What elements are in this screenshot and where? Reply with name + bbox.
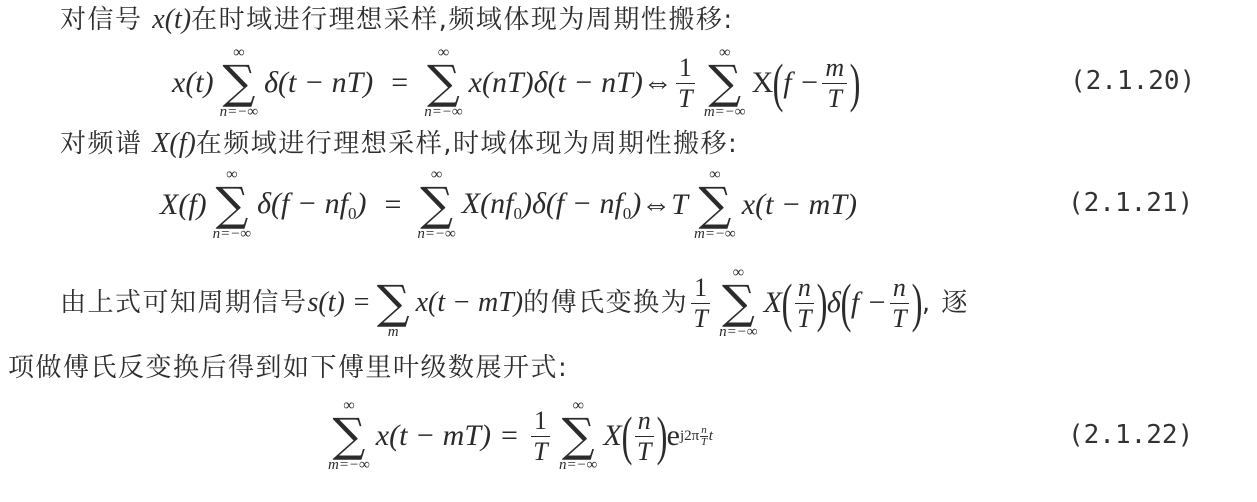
right-paren: ) (816, 276, 827, 330)
exponent: j2π n T t (680, 425, 713, 448)
summation: ∞ ∑ n=−∞ (213, 167, 251, 243)
sum-lower-limit: m (388, 323, 399, 341)
summation: ∞ ∑ n=−∞ (220, 45, 258, 121)
left-paren: ( (782, 276, 793, 330)
right-paren: ) (656, 409, 667, 463)
fraction-one-over-T: 1 T (676, 55, 695, 112)
summation: ∞ ∑ m=−∞ (694, 167, 736, 243)
X-symbol: X (603, 419, 621, 453)
summation: ∑ m (377, 265, 410, 341)
eq-term: x(t − mT) (376, 419, 491, 453)
equals-sign: = (391, 66, 408, 100)
text-segment: 由上式可知周期信号 (60, 287, 308, 319)
text-segment: 对信号 (60, 5, 152, 35)
eq-lhs-factor: X(f) (160, 188, 207, 222)
text-segment: 对频谱 (60, 129, 152, 159)
summation: ∞ ∑ n=−∞ (719, 265, 757, 341)
sigma-symbol: ∑ (708, 61, 741, 103)
sum-lower-limit: n=−∞ (220, 103, 258, 121)
sum-lower-limit: n=−∞ (424, 103, 462, 121)
sum-lower-limit: n=−∞ (559, 456, 597, 474)
text-segment: , 逐 (922, 287, 969, 319)
frac-numerator: 1 (676, 55, 695, 84)
summation: ∞ ∑ n=−∞ (424, 45, 462, 121)
iff-symbol: ⇔ (641, 188, 671, 222)
left-paren: ( (840, 276, 851, 330)
sum-lower-limit: m=−∞ (694, 225, 736, 243)
math-inline-x-t: x(t) (152, 4, 191, 35)
frac-denominator: T (678, 84, 692, 112)
frac-numerator: n (890, 275, 909, 304)
delta-symbol: δ (827, 286, 841, 320)
sum-lower-limit: n=−∞ (213, 225, 251, 243)
equals-sign: = (501, 419, 518, 453)
eq-term: δ(f − nf0) (257, 187, 366, 224)
text-segment: 在频域进行理想采样,时域体现为周期性搬移: (196, 129, 739, 159)
equation-2-1-22: ∞ ∑ m=−∞ x(t − mT) = 1 T ∞ ∑ n=−∞ X ( n … (322, 396, 713, 476)
math-inline-X-f: X(f) (152, 128, 196, 159)
frac-denominator: T (637, 437, 651, 465)
sigma-symbol: ∑ (698, 183, 731, 225)
summation: ∞ ∑ m=−∞ (328, 398, 370, 474)
X-symbol: X (764, 286, 782, 320)
paragraph-periodic-signal: 由上式可知周期信号 s(t) = ∑ m x(t − mT) 的傅氏变换为 1 … (60, 262, 969, 344)
right-paren: ) (850, 56, 861, 110)
summation: ∞ ∑ m=−∞ (704, 45, 746, 121)
equation-2-1-20: x(t) ∞ ∑ n=−∞ δ(t − nT) = ∞ ∑ n=−∞ x(nT)… (172, 44, 860, 122)
sigma-symbol: ∑ (332, 414, 365, 456)
sigma-symbol: ∑ (562, 414, 595, 456)
fraction-n-over-T: n T (635, 408, 654, 465)
text-segment: 项做傅氏反变换后得到如下傅里叶级数展开式: (8, 353, 568, 383)
summation: ∞ ∑ n=−∞ (559, 398, 597, 474)
frac-denominator: T (797, 304, 811, 332)
math-inline-s-t: s(t) = (308, 287, 371, 319)
sum-lower-limit: m=−∞ (328, 456, 370, 474)
fraction-m-over-T: m T (822, 55, 847, 112)
sigma-symbol: ∑ (427, 61, 460, 103)
equation-number: (2.1.20) (1070, 66, 1195, 96)
equation-number: (2.1.21) (1068, 188, 1193, 218)
frac-numerator: n (795, 275, 814, 304)
fraction-n-over-T: n T (890, 275, 909, 332)
paragraph-inverse-transform: 项做傅氏反变换后得到如下傅里叶级数展开式: (8, 352, 568, 384)
T-factor: T (671, 188, 688, 222)
sigma-symbol: ∑ (377, 281, 410, 323)
sum-lower-limit: m=−∞ (704, 103, 746, 121)
sum-lower-limit: n=−∞ (719, 323, 757, 341)
frac-denominator: T (892, 304, 906, 332)
frac-denominator: T (693, 304, 707, 332)
equation-number: (2.1.22) (1068, 420, 1193, 450)
frac-denominator: T (828, 84, 842, 112)
left-paren: ( (621, 409, 632, 463)
fraction-one-over-T: 1 T (691, 275, 710, 332)
math-inline-term: x(t − mT) (416, 287, 524, 319)
sigma-symbol: ∑ (722, 281, 755, 323)
right-paren: ) (912, 276, 923, 330)
eq-term: f − (851, 286, 887, 320)
eq-term: x(t − mT) (742, 188, 857, 222)
text-segment: 的傅氏变换为 (523, 287, 688, 319)
frac-numerator: m (822, 55, 847, 84)
text-segment: 在时域进行理想采样,频域体现为周期性搬移: (191, 5, 734, 35)
sum-lower-limit: n=−∞ (417, 225, 455, 243)
eq-term: x(nT)δ(t − nT) (469, 66, 643, 100)
X-symbol: X (752, 66, 774, 100)
eq-lhs-factor: x(t) (172, 66, 214, 100)
fraction-n-over-T: n T (795, 275, 814, 332)
eq-term: δ(t − nT) (264, 66, 373, 100)
iff-symbol: ⇔ (643, 66, 673, 100)
fraction-one-over-T: 1 T (531, 408, 550, 465)
eq-term: f − (783, 66, 819, 100)
frac-denominator: T (533, 437, 547, 465)
equals-sign: = (384, 188, 401, 222)
paragraph-time-sampling: 对信号 x(t)在时域进行理想采样,频域体现为周期性搬移: (60, 4, 734, 36)
equation-2-1-21: X(f) ∞ ∑ n=−∞ δ(f − nf0) = ∞ ∑ n=−∞ X(nf… (160, 166, 857, 244)
eq-term: X(nf0)δ(f − nf0) (462, 187, 642, 224)
frac-numerator: n (635, 408, 654, 437)
paragraph-frequency-sampling: 对频谱 X(f)在频域进行理想采样,时域体现为周期性搬移: (60, 128, 738, 160)
sigma-symbol: ∑ (222, 61, 255, 103)
sigma-symbol: ∑ (420, 183, 453, 225)
frac-numerator: 1 (531, 408, 550, 437)
frac-numerator: 1 (691, 275, 710, 304)
sigma-symbol: ∑ (215, 183, 248, 225)
left-paren: ( (773, 56, 784, 110)
summation: ∞ ∑ n=−∞ (417, 167, 455, 243)
exp-fraction: n T (700, 425, 708, 448)
exp-base-e: e (667, 419, 680, 453)
